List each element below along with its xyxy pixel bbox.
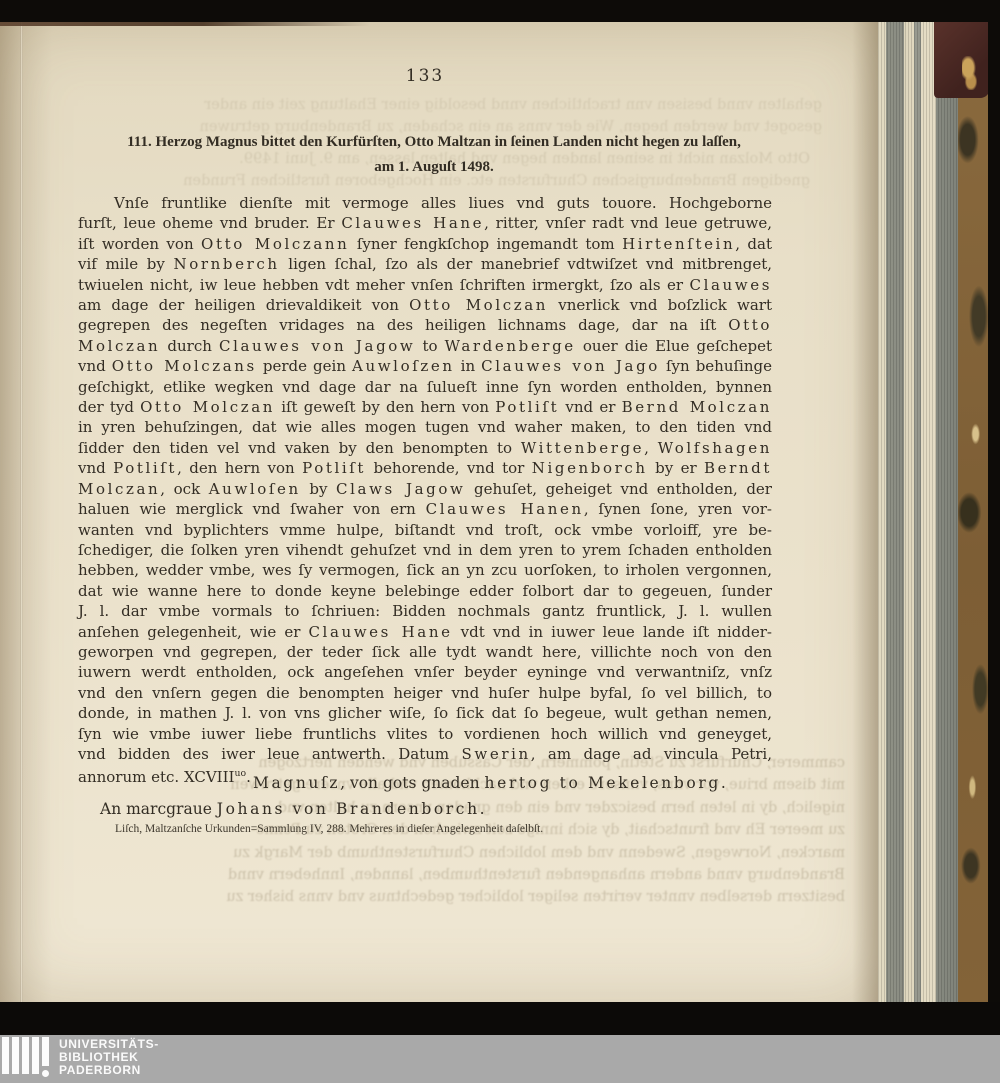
text-line: vif mile by Nornberch ligen ſchal, ſzo a…: [78, 254, 772, 274]
page-edge-stack: [878, 22, 958, 1003]
library-bars-icon: [2, 1037, 52, 1081]
text-line: ſchediger, die ſolken yren vihendt gehuſ…: [78, 540, 772, 560]
page-gutter-shadow: [0, 22, 52, 1002]
page-crease: [20, 22, 23, 1002]
text-line: gehalten vnnd besisen vnn trachtlichen v…: [62, 94, 822, 116]
text-line: iſt worden von Otto Molczann ſyner fengk…: [78, 234, 772, 254]
page-number: 133: [78, 66, 772, 86]
text-line: donde, in mathen J. l. von vns glicher w…: [78, 703, 772, 723]
signature-line: Magnuſz, von gots gnaden hertog to Mekel…: [253, 774, 726, 792]
text-line: An marcgraue Johans von Brandenborch.: [100, 800, 485, 818]
scan-frame-bottom: [0, 1002, 1000, 1035]
scanned-book-viewer: gehalten vnnd besisen vnn trachtlichen v…: [0, 0, 1000, 1083]
text-line: geſchigkt, etlike wegken vnd dage dar na…: [78, 377, 772, 397]
text-line: vnd Potliſt, den hern von Potliſt behore…: [78, 458, 772, 478]
book-page: gehalten vnnd besisen vnn trachtlichen v…: [0, 22, 878, 1002]
library-logo: UNIVERSITÄTS- BIBLIOTHEK PADERBORN: [2, 1037, 159, 1081]
text-line: gegrepen des negeſten vridages na des he…: [78, 315, 772, 335]
text-line: iuwern werdt entholden, ock angeſehen vn…: [78, 662, 772, 682]
text-line: dat wie wanne here to donde keyne belebi…: [78, 581, 772, 601]
text-line: Brandenburg vnnd andern anhangenden furs…: [55, 864, 845, 886]
text-line: der tyd Otto Molczan iſt geweſt by den h…: [78, 397, 772, 417]
text-line: wanten vnd byplichters vmme hulpe, biſta…: [78, 520, 772, 540]
text-line: Vnſe fruntlike dienſte mit vermoge alles…: [78, 193, 772, 213]
library-name: UNIVERSITÄTS- BIBLIOTHEK PADERBORN: [59, 1037, 159, 1077]
text-line: twiuelen nicht, iw leue hebben vdt meher…: [78, 275, 772, 295]
text-line: Molczan durch Clauwes von Jagow to Warde…: [78, 336, 772, 356]
text-line: ſyn wie vmbe iuwer liebe fruntlichs vlit…: [78, 724, 772, 744]
address-line: An marcgraue Johans von Brandenborch.: [100, 800, 485, 818]
text-line: vnd Otto Molczans perde gein Auwloſzen i…: [78, 356, 772, 376]
text-line: vnd bidden des iwer leue antwerth. Datum…: [78, 744, 772, 764]
library-name-line-3: PADERBORN: [59, 1064, 159, 1077]
library-footer-band: UNIVERSITÄTS- BIBLIOTHEK PADERBORN: [0, 1035, 1000, 1083]
text-line: anſehen gelegenheit, wie er Clauwes Hane…: [78, 622, 772, 642]
marbled-cover-edge: [958, 22, 990, 1003]
text-line: am dage der heiligen drievaldikeit von O…: [78, 295, 772, 315]
text-line: besitzern derselben vnnter verirten seli…: [55, 886, 845, 908]
page-right-shadow: [852, 22, 878, 1002]
text-line: vnd den vnſern gegen die benompten heige…: [78, 683, 772, 703]
scan-frame-top: [0, 0, 1000, 22]
text-line: hebben, wedder vmbe, wes ſy vermogen, ſi…: [78, 560, 772, 580]
text-line: Molczan, ock Auwloſen by Claws Jagow geh…: [78, 479, 772, 499]
scan-frame-right: [988, 0, 1000, 1035]
body-text: Vnſe fruntlike dienſte mit vermoge alles…: [78, 193, 772, 788]
heading-line-1: 111. Herzog Magnus bittet den Kurfürſten…: [64, 130, 804, 155]
text-line: ſidder den tiden vel vnd vaken by den be…: [78, 438, 772, 458]
text-line: marcken, Norwegen, Swedenn vnd dem lobli…: [55, 842, 845, 864]
text-line: in yren behuſzingen, dat wie alles mogen…: [78, 417, 772, 437]
text-line: furſt, leue oheme vnd bruder. Er Clauwes…: [78, 213, 772, 233]
text-line: haluen wie merglick vnd ſwaher von ern C…: [78, 499, 772, 519]
text-line: Magnuſz, von gots gnaden hertog to Mekel…: [253, 774, 726, 792]
worn-spine-patch: [962, 56, 977, 90]
footnote: Liſch, Maltzanſche Urkunden=Sammlung IV,…: [115, 823, 543, 835]
text-line: J. l. dar vmbe vormals to ſchriuen: Bidd…: [78, 601, 772, 621]
heading-line-2: am 1. Auguſt 1498.: [64, 155, 804, 180]
document-heading: 111. Herzog Magnus bittet den Kurfürſten…: [64, 130, 804, 180]
text-line: geworpen vnd gegrepen, der teder ſick al…: [78, 642, 772, 662]
